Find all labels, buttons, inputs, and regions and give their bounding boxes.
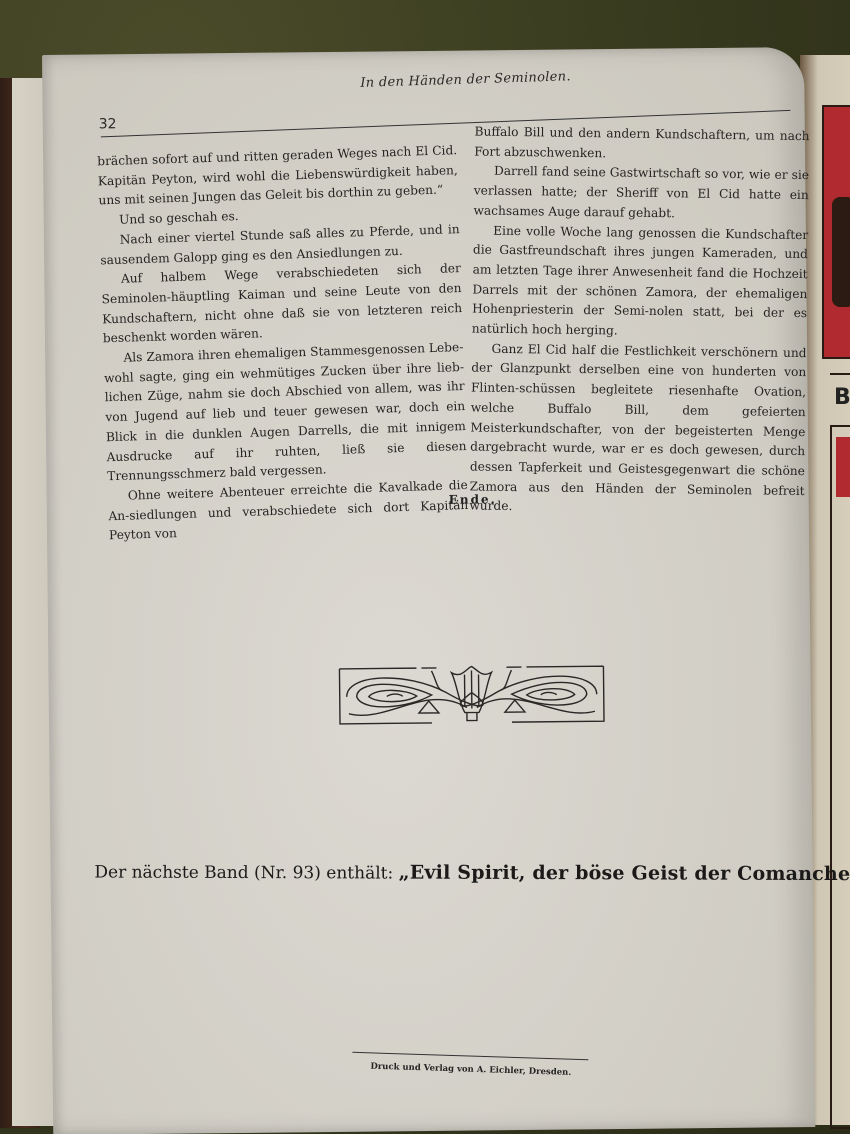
running-head: In den Händen der Seminolen. [360,69,571,91]
paragraph: Eine volle Woche lang genossen die Kunds… [472,221,809,344]
cover-frame [830,425,850,1129]
paragraph: brächen sofort auf und ritten geraden We… [97,141,459,211]
paragraph: Ganz El Cid half die Festlichkeit versch… [469,339,806,521]
end-marker: Ende. [449,492,497,507]
right-column: Buffalo Bill und den andern Kundschafter… [469,122,809,521]
celtic-knot-ornament-icon [336,661,607,730]
next-volume-title: „Evil Spirit, der böse Geist der Comanch… [399,862,850,886]
paragraph: Darrell fand seine Gastwirtschaft so vor… [473,162,809,226]
book-page: In den Händen der Seminolen. 32 brächen … [42,47,815,1134]
left-column: brächen sofort auf und ritten geraden We… [97,141,469,546]
publisher-imprint: Druck und Verlag von A. Eichler, Dresden… [370,1062,571,1078]
paragraph: Ohne weitere Abenteuer erreichte die Kav… [108,476,470,546]
page-number: 32 [99,116,117,132]
figure-silhouette-icon [832,197,850,307]
next-volume-lead: Der nächste Band (Nr. 93) enthält: [94,862,398,883]
cover-letter: B [834,385,850,410]
paragraph: Auf halbem Wege verabschiedeten sich der… [101,259,463,349]
paragraph: Als Zamora ihren ehemaligen Stammesgenos… [103,338,467,487]
next-volume-announcement: Der nächste Band (Nr. 93) enthält: „Evil… [94,860,850,885]
paragraph: Buffalo Bill und den andern Kundschafter… [474,122,810,166]
cover-illustration [822,105,850,359]
imprint-rule [352,1052,588,1060]
cover-rule [830,373,850,375]
cover-red-panel [836,437,850,497]
